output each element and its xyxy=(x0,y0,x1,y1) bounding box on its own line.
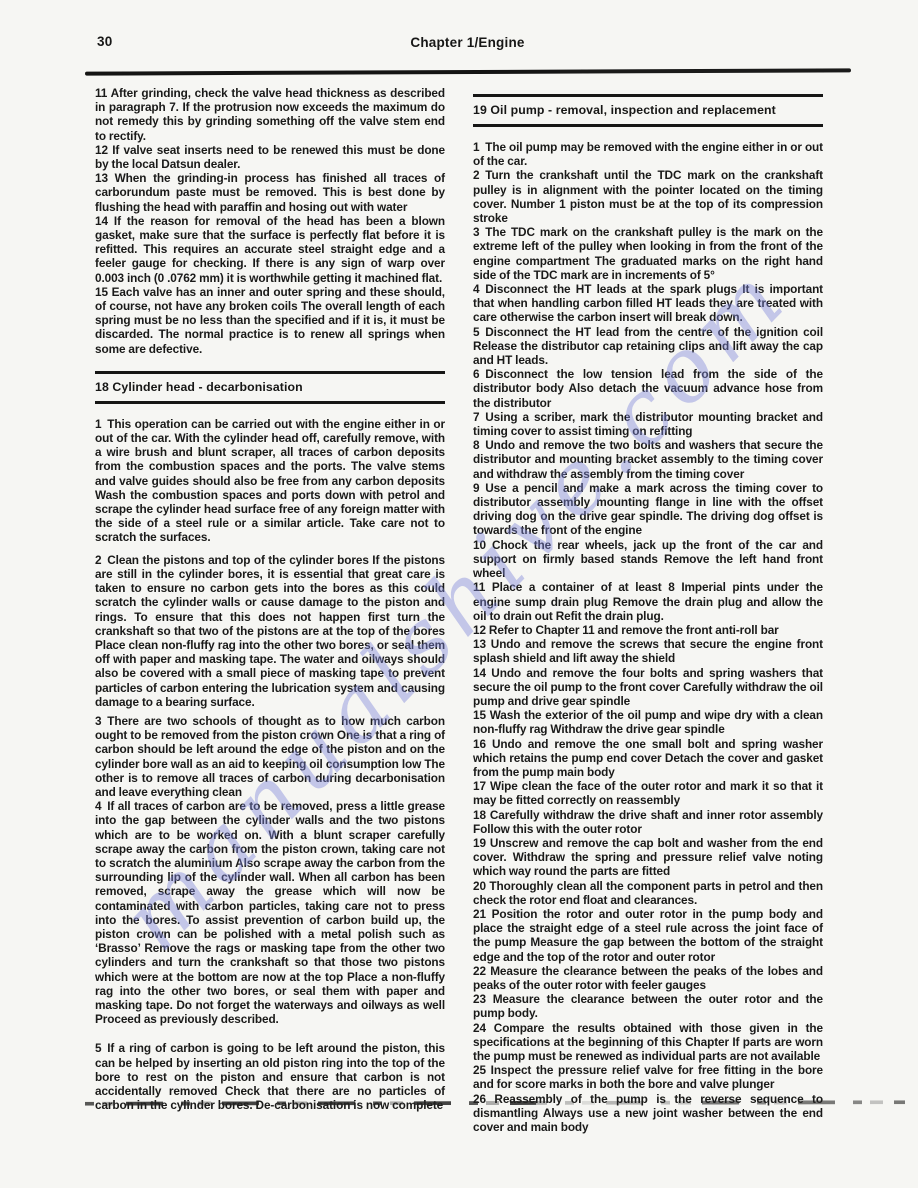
section-19-paragraph-15: 15 Wash the exterior of the oil pump and… xyxy=(473,708,823,736)
section-18-heading-block: 18 Cylinder head - decarbonisation xyxy=(95,371,445,404)
section-19-paragraph-10: 10 Chock the rear wheels, jack up the fr… xyxy=(473,538,823,581)
section-19-paragraph-11: 11 Place a container of at least 8 Imper… xyxy=(473,580,823,623)
section-18-paragraph-2: 2 Clean the pistons and top of the cylin… xyxy=(95,553,445,709)
section-18-paragraph-3: 3 There are two schools of thought as to… xyxy=(95,714,445,799)
section-19-paragraph-23: 23 Measure the clearance between the out… xyxy=(473,992,823,1020)
left-column: 11 After grinding, check the valve head … xyxy=(95,86,445,1134)
section-19-paragraph-17: 17 Wipe clean the face of the outer roto… xyxy=(473,779,823,807)
section-19-paragraph-21: 21 Position the rotor and outer rotor in… xyxy=(473,907,823,964)
section-18-paragraph-1: 1 This operation can be carried out with… xyxy=(95,417,445,545)
section-19-paragraph-20: 20 Thoroughly clean all the component pa… xyxy=(473,879,823,907)
section-19-paragraph-16: 16 Undo and remove the one small bolt an… xyxy=(473,737,823,780)
manual-page: 30 Chapter 1/Engine 11 After grinding, c… xyxy=(0,0,918,1188)
section-19-paragraph-5: 5 Disconnect the HT lead from the centre… xyxy=(473,325,823,368)
section-19-paragraph-3: 3 The TDC mark on the crankshaft pulley … xyxy=(473,225,823,282)
paragraph-15: 15 Each valve has an inner and outer spr… xyxy=(95,285,445,356)
section-19-paragraph-26: 26 Reassembly of the pump is the reverse… xyxy=(473,1092,823,1135)
section-19-paragraph-19: 19 Unscrew and remove the cap bolt and w… xyxy=(473,836,823,879)
section-19-paragraph-4: 4 Disconnect the HT leads at the spark p… xyxy=(473,282,823,325)
section-18-heading: 18 Cylinder head - decarbonisation xyxy=(95,380,445,394)
section-19-paragraph-6: 6 Disconnect the low tension lead from t… xyxy=(473,367,823,410)
section-19-paragraph-18: 18 Carefully withdraw the drive shaft an… xyxy=(473,808,823,836)
paragraph-12: 12 If valve seat inserts need to be rene… xyxy=(95,143,445,171)
section-19-paragraph-14: 14 Undo and remove the four bolts and sp… xyxy=(473,666,823,709)
section-19-heading-block: 19 Oil pump - removal, inspection and re… xyxy=(473,94,823,127)
section-19-paragraph-12: 12 Refer to Chapter 11 and remove the fr… xyxy=(473,623,823,637)
section-19-paragraph-13: 13 Undo and remove the screws that secur… xyxy=(473,637,823,665)
page-header: 30 Chapter 1/Engine xyxy=(85,32,850,56)
section-19-paragraph-25: 25 Inspect the pressure relief valve for… xyxy=(473,1063,823,1091)
section-19-paragraph-22: 22 Measure the clearance between the pea… xyxy=(473,964,823,992)
section-19-paragraph-2: 2 Turn the crankshaft until the TDC mark… xyxy=(473,168,823,225)
section-19-paragraph-7: 7 Using a scriber, mark the distributor … xyxy=(473,410,823,438)
section-19-paragraph-8: 8 Undo and remove the two bolts and wash… xyxy=(473,438,823,481)
paragraph-13: 13 When the grinding-in process has fini… xyxy=(95,171,445,214)
section-19-paragraph-9: 9 Use a pencil and make a mark across th… xyxy=(473,481,823,538)
paragraph-11: 11 After grinding, check the valve head … xyxy=(95,86,445,143)
section-19-paragraph-1: 1 The oil pump may be removed with the e… xyxy=(473,140,823,168)
chapter-title: Chapter 1/Engine xyxy=(85,35,850,50)
section-19-paragraph-24: 24 Compare the results obtained with tho… xyxy=(473,1021,823,1064)
text-columns: 11 After grinding, check the valve head … xyxy=(95,86,823,1134)
section-19-heading: 19 Oil pump - removal, inspection and re… xyxy=(473,103,823,117)
right-column: 19 Oil pump - removal, inspection and re… xyxy=(473,86,823,1134)
header-rule xyxy=(85,68,851,75)
paragraph-14: 14 If the reason for removal of the head… xyxy=(95,214,445,285)
section-18-paragraph-4: 4 If all traces of carbon are to be remo… xyxy=(95,799,445,1026)
